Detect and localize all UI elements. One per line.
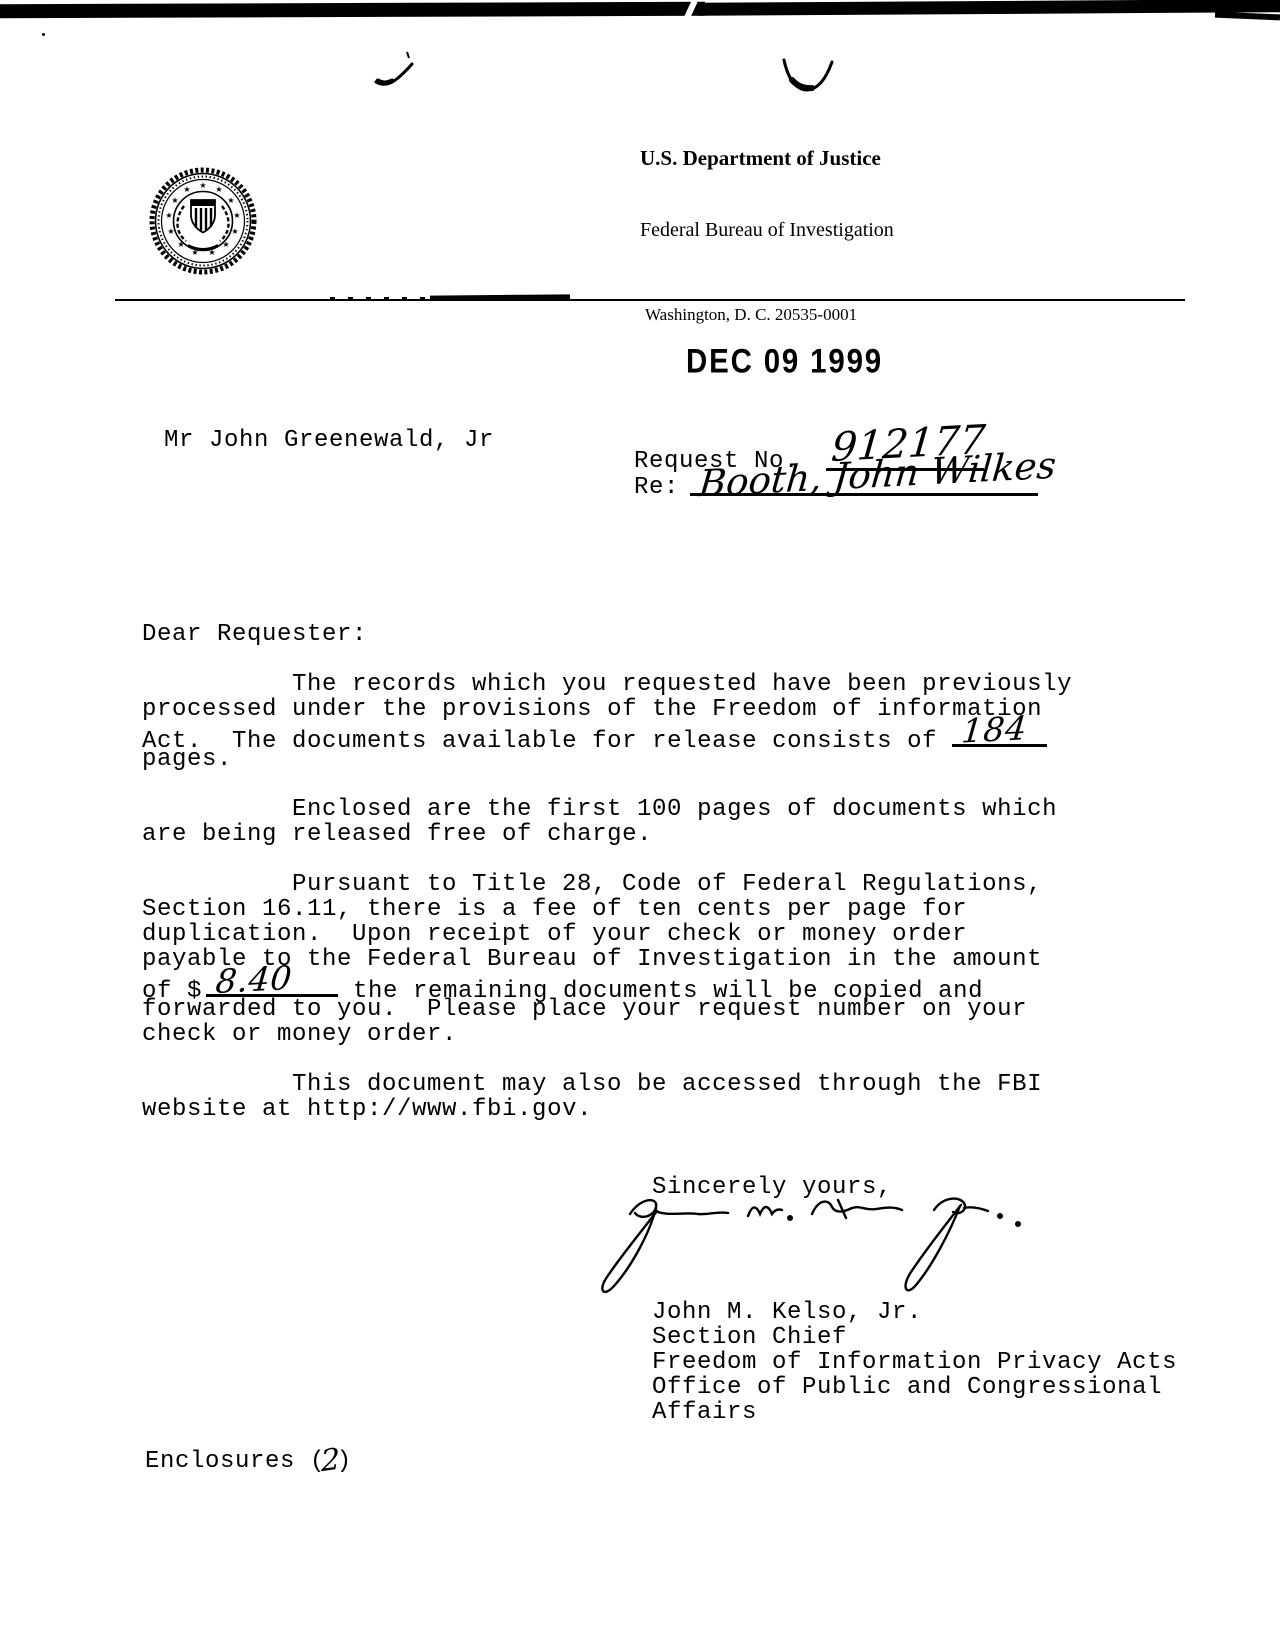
addressee-name: Mr John Greenewald, Jr (164, 428, 494, 452)
svg-text:★: ★ (215, 185, 222, 194)
letter-line: duplication. Upon receipt of your check … (142, 922, 1102, 947)
svg-text:★: ★ (171, 196, 178, 205)
letterhead-city-line: Washington, D. C. 20535-0001 (645, 305, 857, 325)
scan-artifact-curl-left (372, 48, 422, 90)
svg-text:★: ★ (183, 185, 190, 194)
letter-line-text: Act. The documents available for release… (142, 728, 952, 755)
svg-text:★: ★ (222, 240, 229, 249)
enclosures-line: Enclosures (2) (145, 1443, 352, 1474)
scanned-letter-page: ★★★ ★★★ ★★★ ★★★ ★ U.S. Department of Jus… (0, 0, 1280, 1632)
scan-artifact-bar-right (698, 0, 1280, 16)
enclosures-label: Enclosures ( (145, 1448, 325, 1475)
svg-text:★: ★ (177, 240, 184, 249)
re-label: Re: (634, 475, 694, 500)
received-date-stamp: DEC 09 1999 (686, 341, 883, 381)
scan-artifact-curl-right (780, 52, 836, 96)
signature-image (590, 1182, 1030, 1307)
svg-text:★: ★ (167, 227, 174, 236)
signer-name: John M. Kelso, Jr. (652, 1300, 1177, 1325)
svg-text:★: ★ (199, 181, 206, 190)
handwritten-page-count: 184 (960, 711, 1028, 747)
letter-line: are being released free of charge. (142, 822, 1102, 847)
letter-line: Section 16.11, there is a fee of ten cen… (142, 897, 1102, 922)
signer-office-line: Office of Public and Congressional (652, 1375, 1177, 1400)
svg-text:★: ★ (227, 196, 234, 205)
re-underline (690, 493, 1038, 496)
letter-line: of $8.40 the remaining documents will be… (142, 972, 1102, 997)
letter-line: check or money order. (142, 1022, 1102, 1047)
scan-artifact-bar-hook (1215, 12, 1280, 21)
letter-line: Act. The documents available for release… (142, 722, 1102, 747)
letter-line: processed under the provisions of the Fr… (142, 697, 1102, 722)
letter-line: Pursuant to Title 28, Code of Federal Re… (142, 872, 1102, 897)
page-count-blank: 184 (952, 722, 1047, 747)
fbi-seal-icon: ★★★ ★★★ ★★★ ★★★ ★ (148, 166, 258, 276)
letterhead-department: U.S. Department of Justice (640, 146, 881, 171)
signer-title: Section Chief (652, 1325, 1177, 1350)
signer-office-line: Freedom of Information Privacy Acts (652, 1350, 1177, 1375)
letter-line: forwarded to you. Please place your requ… (142, 997, 1102, 1022)
handwritten-enclosure-count: 2 (320, 1445, 341, 1477)
letter-line: website at http://www.fbi.gov. (142, 1097, 1102, 1122)
fee-amount-blank: 8.40 (206, 972, 338, 997)
scan-artifact-bar-left (0, 2, 705, 18)
letterhead-rule-dots (330, 297, 430, 300)
svg-text:★: ★ (231, 227, 238, 236)
letterhead-agency: Federal Bureau of Investigation (640, 219, 894, 242)
letterhead-rule (115, 299, 1185, 301)
letter-line: This document may also be accessed throu… (142, 1072, 1102, 1097)
svg-text:★: ★ (165, 211, 172, 220)
handwritten-fee-amount: 8.40 (214, 961, 293, 998)
svg-text:★: ★ (233, 211, 240, 220)
scan-speck (42, 33, 45, 36)
letter-line: Enclosed are the first 100 pages of docu… (142, 797, 1102, 822)
letter-line: The records which you requested have bee… (142, 672, 1102, 697)
signer-office-line: Affairs (652, 1400, 1177, 1425)
svg-text:★: ★ (208, 248, 215, 257)
salutation: Dear Requester: (142, 622, 1102, 647)
